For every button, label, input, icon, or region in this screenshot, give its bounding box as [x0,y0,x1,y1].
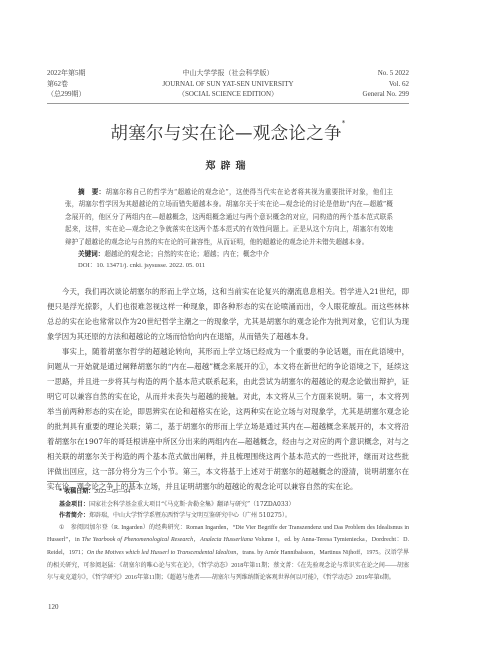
journal-edition-en: （SOCIAL SCIENCE EDITION） [47,89,409,100]
author-info-line: 作者简介：郑辟瑞，中山大学哲学系暨东西哲学与文明互鉴研究中心（广州 510275… [47,510,409,522]
journal-name-en: JOURNAL OF SUN YAT-SEN UNIVERSITY [47,79,409,90]
footnote-divider [47,481,139,482]
header-general-number-en: General No. 299 [363,89,409,100]
author-info-label: 作者简介： [59,512,89,519]
fund-line: 基金项目：国家社会科学基金重大项目“《马克斯·舍勒全集》翻译与研究”（17ZDA… [47,499,409,511]
article-title-text: 胡塞尔与实在论—观念论之争 [110,124,341,144]
abstract-label: 摘 要： [78,188,105,196]
header-journal-name: 中山大学学报（社会科学版） JOURNAL OF SUN YAT-SEN UNI… [47,68,409,100]
footnote-1-marker: ① [59,524,65,531]
keywords-text: 超越论的观念论；自然的实在论；超越；内在；概念中介 [104,250,269,258]
doi-line[interactable]: DOI：10. 13471/j. cnki. jsysusse. 2022. 0… [65,260,393,272]
received-label: * 收稿日期： [59,488,94,495]
page-number: 120 [48,603,59,611]
header-volume-en: Vol. 62 [363,79,409,90]
abstract-text: 胡塞尔称自己的哲学为“超越论的观念论”，这使得当代实在论者将其视为重要批评对象，… [65,188,393,246]
footnote-1-book-title: On the Motives which led Husserl to Tran… [87,550,236,556]
footnote-1-source-title: The Yearbook of Phenomenological Researc… [82,537,253,543]
abstract-paragraph: 摘 要：胡塞尔称自己的哲学为“超越论的观念论”，这使得当代实在论者将其视为重要批… [65,186,393,248]
header-issue-info-en: No. 5 2022 Vol. 62 General No. 299 [363,68,409,100]
footnote-1: ① 参阅因加尔登（R. Ingarden）的经典研究：Roman Ingarde… [47,522,409,585]
header-number-en: No. 5 2022 [363,68,409,79]
received-date: 2022—05—04 [94,489,130,495]
author-info-text: 郑辟瑞，中山大学哲学系暨东西哲学与文明互鉴研究中心（广州 510275）。 [89,512,291,519]
journal-page: 2022年第5期 第62卷 （总299期） 中山大学学报（社会科学版） JOUR… [0,0,480,647]
fund-label: 基金项目： [59,501,89,508]
title-footnote-marker[interactable]: * [342,119,346,127]
journal-name-cn: 中山大学学报（社会科学版） [47,68,409,79]
body-text: 今天，我们再次谈论胡塞尔的形而上学立场，这和当前实在论复兴的潮流息息相关。哲学进… [47,284,409,494]
keywords-line: 关键词：超越论的观念论；自然的实在论；超越；内在；概念中介 [65,248,393,260]
footnotes-block: * 收稿日期：2022—05—04 基金项目：国家社会科学基金重大项目“《马克斯… [47,486,409,585]
keywords-label: 关键词： [78,250,104,258]
body-paragraph: 事实上，随着胡塞尔哲学的超越论转向，其形而上学立场已经成为一个重要的争论话题，而… [47,344,409,494]
article-title: 胡塞尔与实在论—观念论之争* [0,120,456,145]
fund-text: 国家社会科学基金重大项目“《马克斯·舍勒全集》翻译与研究”（17ZDA033） [89,501,294,508]
header-divider [47,103,409,104]
running-header: 2022年第5期 第62卷 （总299期） 中山大学学报（社会科学版） JOUR… [47,68,409,102]
abstract-block: 摘 要：胡塞尔称自己的哲学为“超越论的观念论”，这使得当代实在论者将其视为重要批… [65,186,393,273]
body-paragraph: 今天，我们再次谈论胡塞尔的形而上学立场，这和当前实在论复兴的潮流息息相关。哲学进… [47,284,409,344]
received-date-line: * 收稿日期：2022—05—04 [47,486,409,499]
article-author: 郑辟瑞 [0,157,456,172]
